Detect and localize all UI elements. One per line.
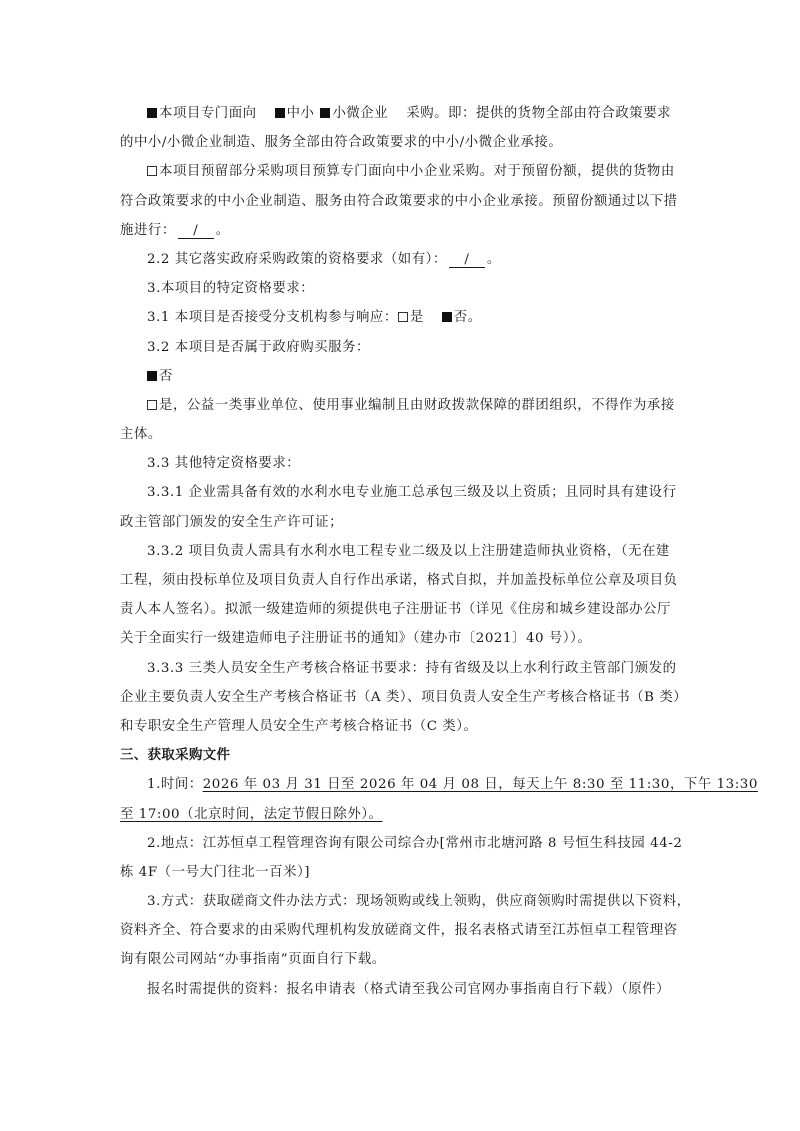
paragraph-line: 主体。 <box>120 420 682 449</box>
option-no: 否。 <box>454 310 482 325</box>
paragraph-line: 3.3.1 企业需具备有效的水利水电专业施工总承包三级及以上资质；且同时具有建设… <box>120 478 682 507</box>
sme-policy-line: 本项目专门面向中小小微企业采购。即：提供的货物全部由符合政策要求 <box>120 99 682 128</box>
text: 3.1 本项目是否接受分支机构参与响应： <box>147 310 398 325</box>
paragraph-line: 栋 4F（一号大门往北一百米）] <box>120 858 682 887</box>
checkbox-checked-icon[interactable] <box>320 108 330 118</box>
paragraph-line: 关于全面实行一级建造师电子注册证书的通知》（建办市〔2021〕40 号））。 <box>120 624 682 653</box>
text: 本项目预留部分采购项目预算专门面向中小企业采购。对于预留份额，提供的货物由 <box>159 164 675 179</box>
branch-question-line: 3.1 本项目是否接受分支机构参与响应：是否。 <box>120 303 682 332</box>
gov-service-no-line: 否 <box>120 362 682 391</box>
paragraph-line: 资料齐全、符合要求的由采购代理机构发放磋商文件，报名表格式请至江苏恒卓工程管理咨 <box>120 916 682 945</box>
document-page: 本项目专门面向中小小微企业采购。即：提供的货物全部由符合政策要求 的中小/小微企… <box>120 99 682 1004</box>
text: 中小 <box>287 106 315 121</box>
reserved-portion-line: 本项目预留部分采购项目预算专门面向中小企业采购。对于预留份额，提供的货物由 <box>120 157 682 186</box>
checkbox-unchecked-icon[interactable] <box>398 312 408 322</box>
text: 2.2 其它落实政府采购政策的资格要求（如有）： <box>147 252 447 267</box>
label: 1.时间： <box>147 777 203 792</box>
text: 是，公益一类事业单位、使用事业编制且由财政拨款保障的群团组织，不得作为承接 <box>159 398 675 413</box>
checkbox-checked-icon[interactable] <box>147 371 157 381</box>
fill-blank: / <box>178 224 214 239</box>
time-line: 1.时间：2026 年 03 月 31 日至 2026 年 04 月 08 日，… <box>120 770 682 799</box>
subsection-heading: 3.3 其他特定资格要求： <box>120 449 682 478</box>
gov-service-yes-line: 是，公益一类事业单位、使用事业编制且由财政拨款保障的群团组织，不得作为承接 <box>120 391 682 420</box>
paragraph-line: 工程，须由投标单位及项目负责人自行作出承诺，格式自拟，并加盖投标单位公章及项目负 <box>120 566 682 595</box>
fill-blank: / <box>449 253 485 268</box>
paragraph-line: 3.3.3 三类人员安全生产考核合格证书要求：持有省级及以上水利行政主管部门颁发… <box>120 654 682 683</box>
paragraph-line: 和专职安全生产管理人员安全生产考核合格证书（C 类）。 <box>120 712 682 741</box>
checkbox-checked-icon[interactable] <box>147 108 157 118</box>
location-line: 2.地点：江苏恒卓工程管理咨询有限公司综合办[常州市北塘河路 8 号恒生科技园 … <box>120 829 682 858</box>
method-line: 3.方式：获取磋商文件办法方式：现场领购或线上领购，供应商领购时需提供以下资料， <box>120 887 682 916</box>
text: 小微企业 <box>332 106 388 121</box>
paragraph-line: 3.3.2 项目负责人需具有水利水电工程专业二级及以上注册建造师执业资格，（无在… <box>120 537 682 566</box>
section-heading: 3.本项目的特定资格要求： <box>120 274 682 303</box>
checkbox-unchecked-icon[interactable] <box>147 400 157 410</box>
section-title-obtain-documents: 三、获取采购文件 <box>120 741 682 770</box>
time-value: 2026 年 03 月 31 日至 2026 年 04 月 08 日，每天上午 … <box>203 777 758 792</box>
option-yes: 是 <box>410 310 424 325</box>
text: 。 <box>216 223 230 238</box>
gov-service-question: 3.2 本项目是否属于政府购买服务： <box>120 333 682 362</box>
other-policy-line: 2.2 其它落实政府采购政策的资格要求（如有）：/。 <box>120 245 682 274</box>
paragraph-line: 符合政策要求的中小企业制造、服务由符合政策要求的中小企业承接。预留份额通过以下措 <box>120 187 682 216</box>
text: 施进行： <box>120 223 176 238</box>
text: 。 <box>487 252 501 267</box>
paragraph-line: 责人本人签名）。拟派一级建造师的须提供电子注册证书（详见《住房和城乡建设部办公厅 <box>120 595 682 624</box>
checkbox-checked-icon[interactable] <box>275 108 285 118</box>
paragraph-line: 企业主要负责人安全生产考核合格证书（A 类）、项目负责人安全生产考核合格证书（B… <box>120 683 682 712</box>
checkbox-checked-icon[interactable] <box>442 312 452 322</box>
measures-line: 施进行：/。 <box>120 216 682 245</box>
paragraph-line: 的中小/小微企业制造、服务全部由符合政策要求的中小/小微企业承接。 <box>120 128 682 157</box>
registration-materials-line: 报名时需提供的资料：报名申请表（格式请至我公司官网办事指南自行下载）（原件） <box>120 975 682 1004</box>
checkbox-unchecked-icon[interactable] <box>147 166 157 176</box>
time-value: 至 17:00（北京时间，法定节假日除外）。 <box>120 807 383 822</box>
option-no: 否 <box>159 369 173 384</box>
text: 本项目专门面向 <box>159 106 257 121</box>
paragraph-line: 询有限公司网站“办事指南”页面自行下载。 <box>120 945 682 974</box>
paragraph-line: 政主管部门颁发的安全生产许可证； <box>120 508 682 537</box>
time-line-cont: 至 17:00（北京时间，法定节假日除外）。 <box>120 800 682 829</box>
text: 采购。即：提供的货物全部由符合政策要求 <box>406 106 671 121</box>
